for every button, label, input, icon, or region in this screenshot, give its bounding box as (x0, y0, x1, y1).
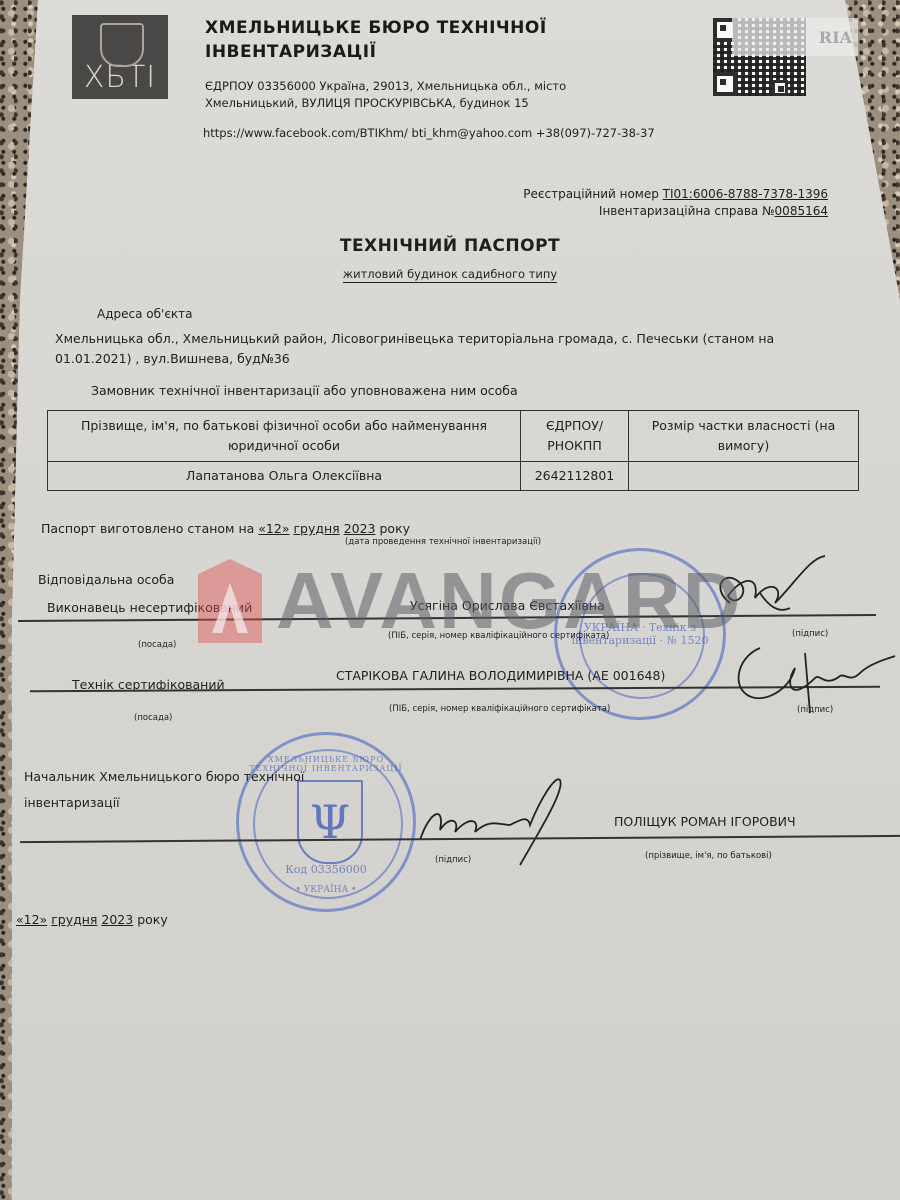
passport-date-prefix: Паспорт виготовлено станом на (41, 521, 254, 536)
coat-of-arms-icon (100, 23, 144, 67)
passport-date-month: грудня (293, 521, 339, 536)
document-subtitle: житловий будинок садибного типу (0, 267, 900, 281)
column-header-name: Прізвище, ім'я, по батькові фізичної осо… (48, 411, 521, 462)
head-position: Начальник Хмельницького бюро технічної і… (24, 764, 364, 816)
qr-finder-icon (772, 80, 788, 96)
stamp-country: • УКРАЇНА • (239, 885, 413, 895)
organization-address: ЄДРПОУ 03356000 Україна, 29013, Хмельниц… (205, 78, 566, 112)
object-type: житловий будинок садибного типу (343, 267, 557, 283)
registration-info: Реєстраційний номер ТІ01:6006-8788-7378-… (523, 186, 828, 220)
caption-position: (посада) (138, 640, 176, 650)
technician-name: СТАРІКОВА ГАЛИНА ВОЛОДИМИРІВНА (АЕ 00164… (336, 668, 665, 683)
executor-position: Виконавець несертифікований (47, 600, 252, 615)
bureau-stamp: Ψ Код 03356000 • УКРАЇНА • ХМЕЛЬНИЦЬКЕ Б… (236, 732, 416, 912)
caption-name: (ПІБ, серія, номер кваліфікаційного серт… (389, 704, 610, 714)
registration-number-line: Реєстраційний номер ТІ01:6006-8788-7378-… (523, 186, 828, 203)
ria-watermark: RIA (732, 18, 858, 56)
column-header-share: Розмір частки власності (на вимогу) (629, 411, 859, 462)
registration-label: Реєстраційний номер (523, 187, 659, 201)
customer-label: Замовник технічної інвентаризації або уп… (91, 383, 518, 398)
address-line1: ЄДРПОУ 03356000 Україна, 29013, Хмельниц… (205, 78, 566, 95)
registration-number: ТІ01:6006-8788-7378-1396 (663, 187, 828, 201)
owners-table: Прізвище, ім'я, по батькові фізичної осо… (47, 410, 859, 491)
owner-name-cell: Лапатанова Ольга Олексіївна (48, 462, 521, 491)
passport-date-day: «12» (258, 521, 289, 536)
final-date-suffix: року (137, 912, 168, 927)
address-value: Хмельницька обл., Хмельницький район, Лі… (55, 329, 845, 369)
stamp-code: Код 03356000 (239, 863, 413, 876)
owner-share-cell (629, 462, 859, 491)
final-date-day: «12» (16, 912, 47, 927)
caption-name: (ПІБ, серія, номер кваліфікаційного серт… (388, 631, 609, 641)
bti-logo: ХБТІ (72, 15, 168, 99)
org-name-line1: ХМЕЛЬНИЦЬКЕ БЮРО ТЕХНІЧНОЇ (205, 16, 547, 40)
organization-contacts: https://www.facebook.com/BTIKhm/ bti_khm… (203, 123, 673, 143)
caption-signature: (підпис) (435, 855, 471, 865)
caption-name: (прізвище, ім'я, по батькові) (645, 851, 772, 861)
document-title: ТЕХНІЧНИЙ ПАСПОРТ (0, 236, 900, 256)
caption-signature: (підпис) (792, 629, 828, 639)
inventory-case-label: Інвентаризаційна справа № (599, 204, 775, 218)
address-line2: Хмельницький, ВУЛИЦЯ ПРОСКУРІВСЬКА, буди… (205, 95, 566, 112)
caption-position: (посада) (134, 713, 172, 723)
passport-date-suffix: року (379, 521, 410, 536)
org-name-line2: ІНВЕНТАРИЗАЦІЇ (205, 40, 547, 64)
owner-id-cell: 2642112801 (521, 462, 629, 491)
passport-date-year: 2023 (344, 521, 376, 536)
caption-signature: (підпис) (797, 705, 833, 715)
final-date-year: 2023 (101, 912, 133, 927)
executor-name: Усягіна Орислава Євстахіївна (410, 598, 605, 613)
passport-date-note: (дата проведення технічної інвентаризаці… (345, 537, 541, 547)
passport-date: Паспорт виготовлено станом на «12» грудн… (41, 521, 410, 536)
organization-name: ХМЕЛЬНИЦЬКЕ БЮРО ТЕХНІЧНОЇ ІНВЕНТАРИЗАЦІ… (205, 16, 547, 64)
inventory-case-number: 0085164 (775, 204, 828, 218)
table-row: Лапатанова Ольга Олексіївна 2642112801 (48, 462, 859, 491)
final-date-month: грудня (51, 912, 97, 927)
responsible-person-label: Відповідальна особа (38, 572, 174, 587)
head-name: ПОЛІЩУК РОМАН ІГОРОВИЧ (614, 814, 796, 829)
column-header-id: ЄДРПОУ/ РНОКПП (521, 411, 629, 462)
qr-finder-icon (713, 72, 737, 96)
table-header-row: Прізвище, ім'я, по батькові фізичної осо… (48, 411, 859, 462)
inventory-case-line: Інвентаризаційна справа №0085164 (523, 203, 828, 220)
address-label: Адреса об'єкта (97, 307, 193, 321)
final-date: «12» грудня 2023 року (16, 912, 168, 927)
